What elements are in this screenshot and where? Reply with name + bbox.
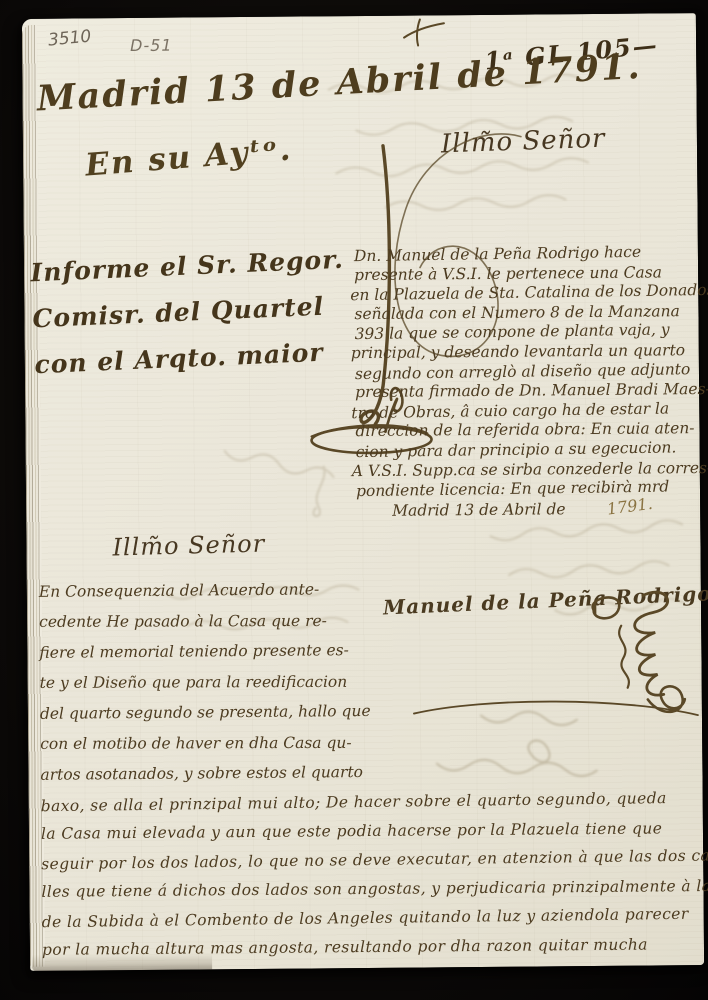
manuscript-page: 3510 D-51 1ᵃ GL 105— Madrid 13 de Abril … <box>22 13 704 971</box>
report-column: En Consequenzia del Acuerdo ante- cedent… <box>39 574 397 791</box>
petition-body: Dn. Manuel de la Peña Rodrigo hace prese… <box>354 243 708 521</box>
petition-dateline-text: Madrid 13 de Abril de <box>392 500 566 520</box>
report-full-width: baxo, se alla el prinzipal mui alto; De … <box>41 785 708 965</box>
margin-decree: Informe el Sr. Regor. Comisr. del Quarte… <box>30 237 349 389</box>
showthrough-signature <box>129 402 352 529</box>
report-line: con el motibo de haver en dha Casa qu- <box>40 727 396 759</box>
catalog-code: D-51 <box>130 36 173 55</box>
salutation-right: Illm̃o Señor <box>440 124 605 160</box>
dateline: Madrid 13 de Abril de 1791. <box>36 46 643 120</box>
cross-mark-icon <box>400 17 446 47</box>
report-line: En Consequenzia del Acuerdo ante- <box>39 574 395 608</box>
report-salutation: Illm̃o Señor <box>112 530 265 562</box>
report-line: fiere el memorial teniendo presente es- <box>39 635 395 669</box>
folio-number: 3510 <box>47 27 92 51</box>
petition-dateline: Madrid 13 de Abril de1791. <box>392 498 708 521</box>
report-line: te y el Diseño que para la reedificacion <box>40 666 396 698</box>
showthrough-date <box>418 677 673 798</box>
report-line: artos asotanados, y sobre estos el quart… <box>40 757 396 791</box>
report-line: cedente He pasado à la Casa que re- <box>39 605 395 637</box>
signature-name: Manuel de la Peña Rodrigo <box>383 581 708 619</box>
report-line: del quarto segundo se presenta, hallo qu… <box>40 696 396 730</box>
council-note: En su Ayᵗᵒ. <box>84 131 294 183</box>
